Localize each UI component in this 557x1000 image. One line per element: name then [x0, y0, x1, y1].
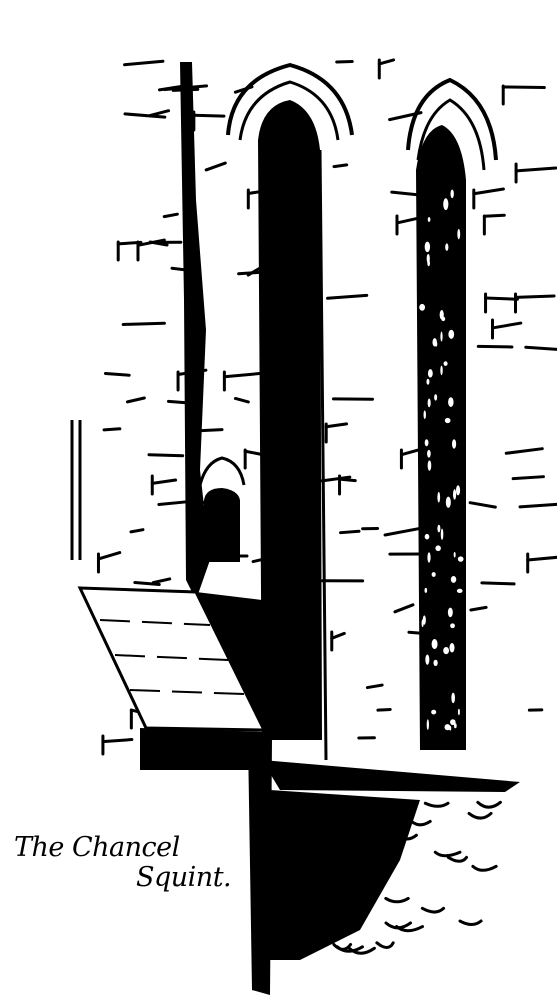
caption-line-2: Squint. — [136, 864, 231, 891]
squint-opening — [200, 458, 244, 562]
window-sill-and-rubble — [248, 740, 520, 995]
caption-line-1: The Chancel — [14, 834, 180, 861]
downpipe — [72, 420, 80, 560]
lancet-window-right — [408, 80, 496, 750]
